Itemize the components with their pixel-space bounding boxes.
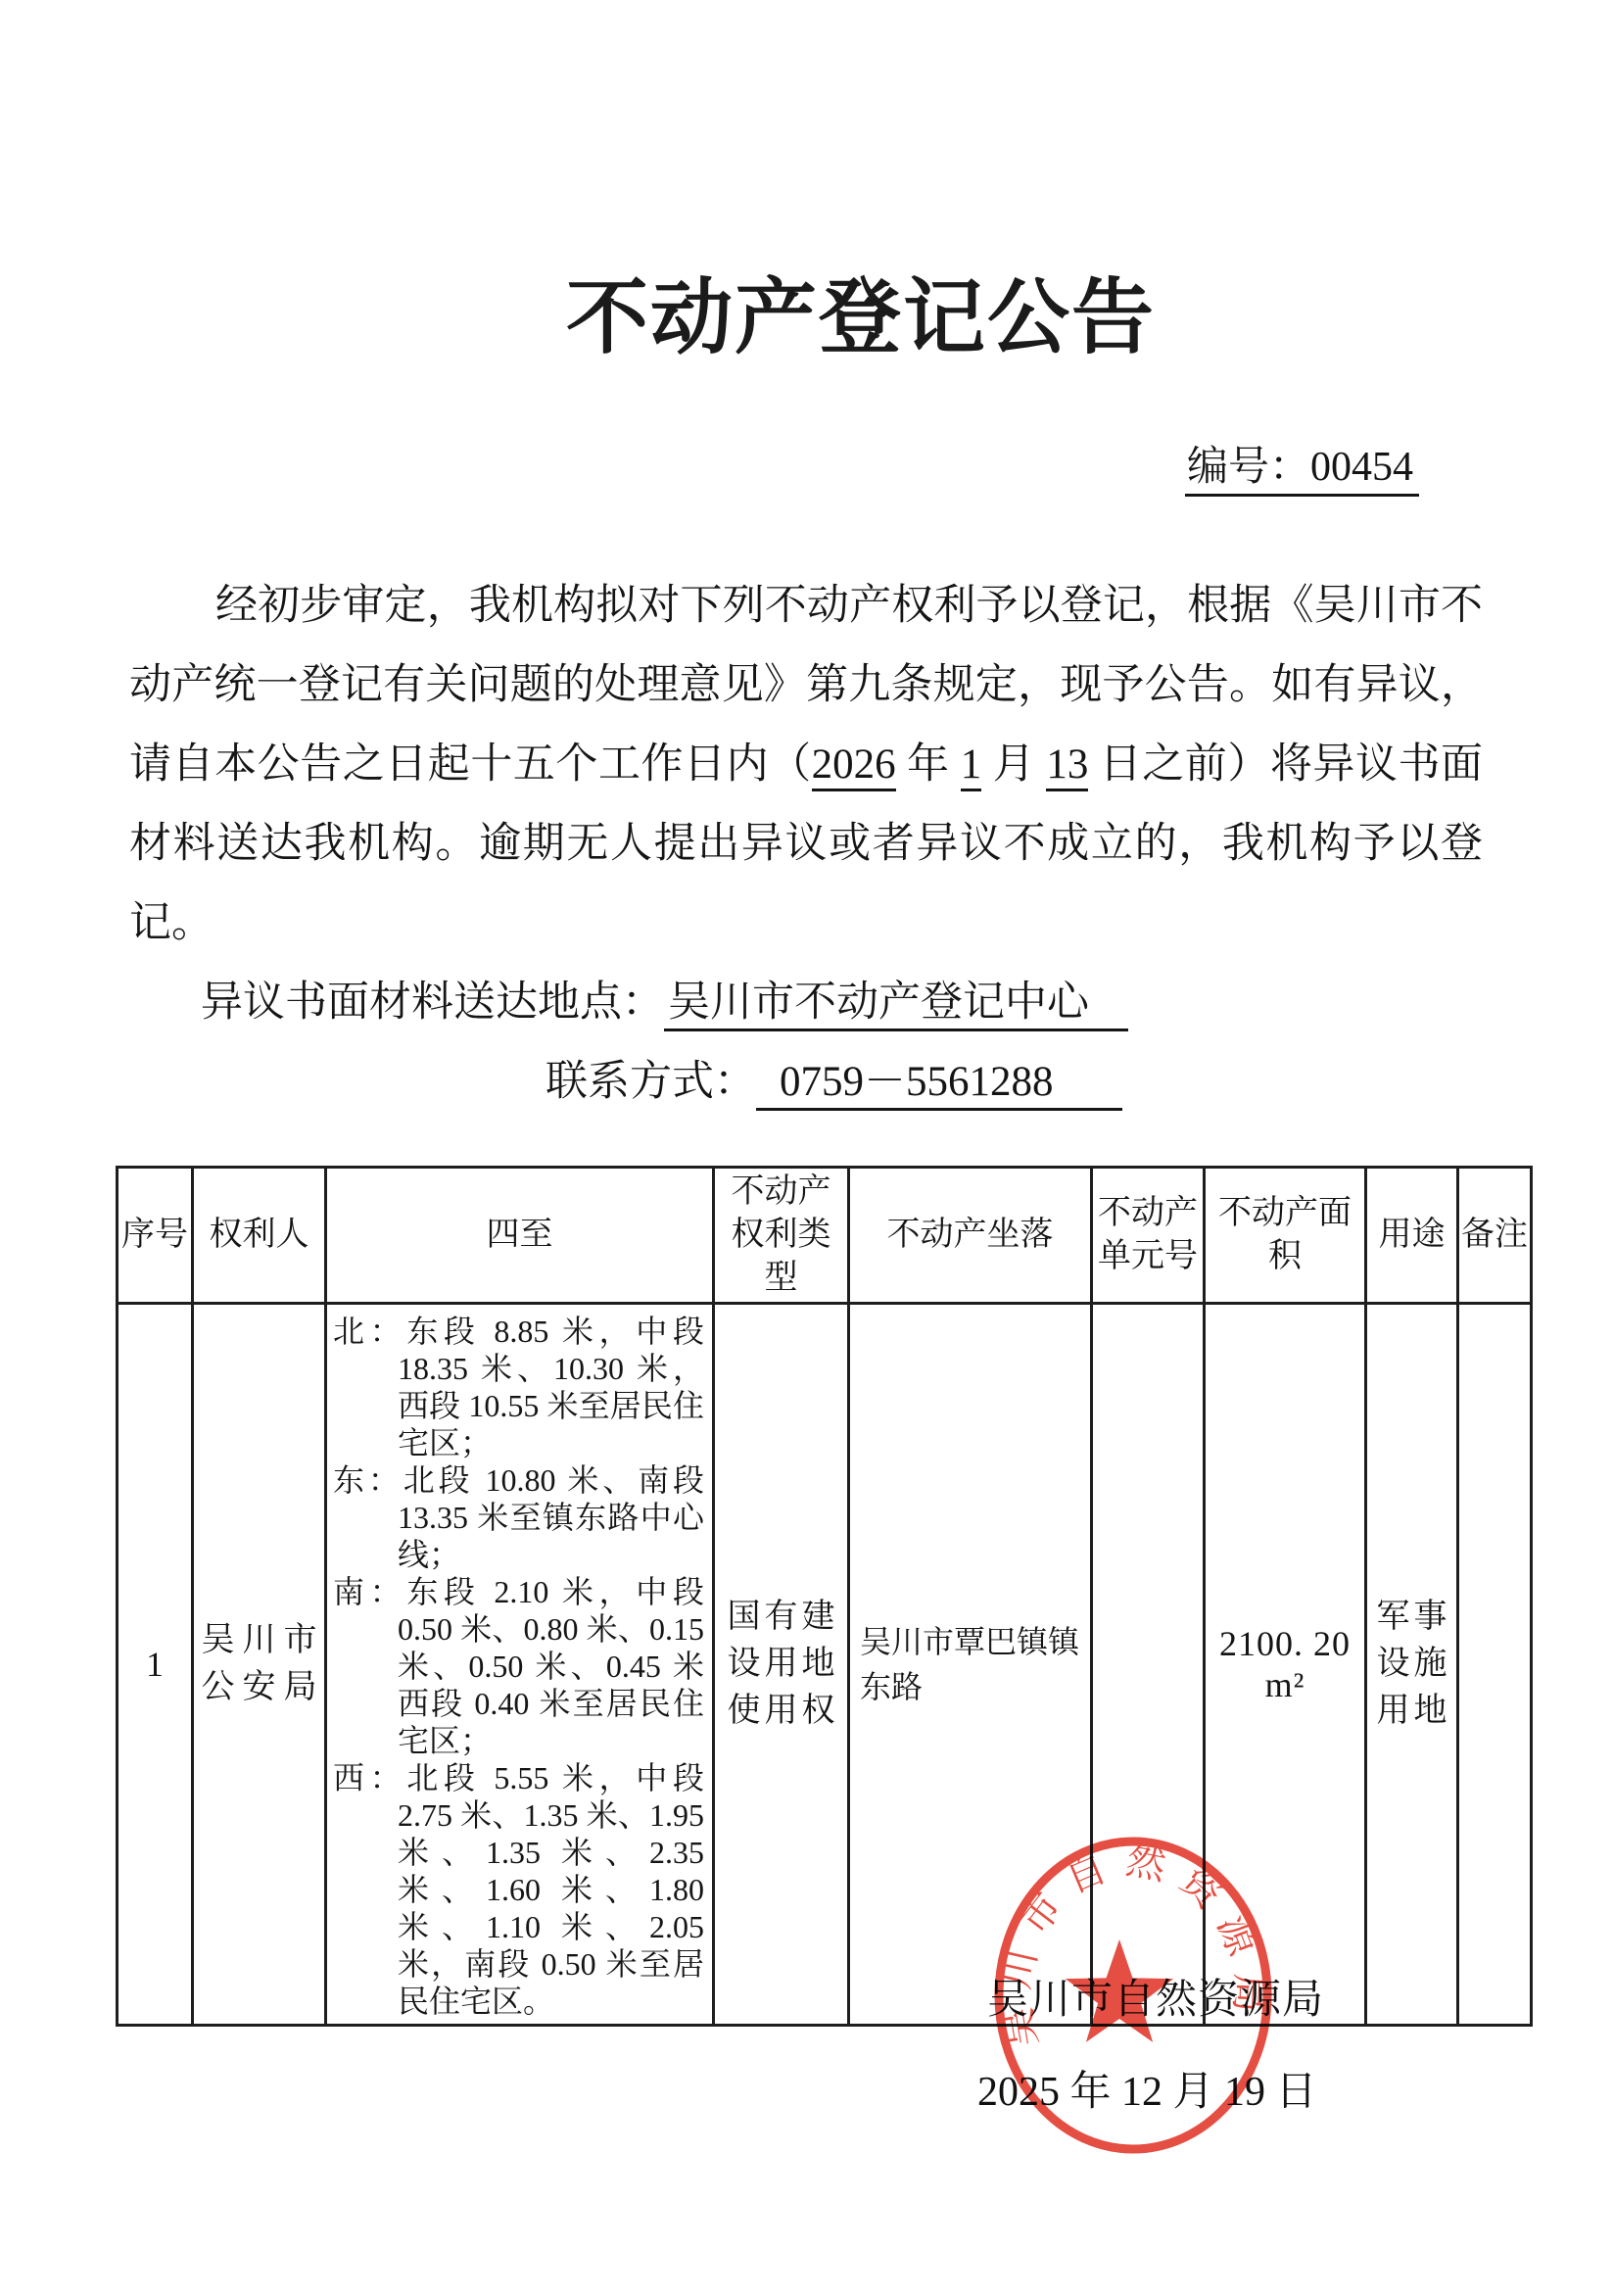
- cell-remark: [1458, 1304, 1532, 2026]
- doc-number: 编号：00454: [1185, 443, 1419, 497]
- boundary-south: 南：东段 2.10 米，中段 0.50 米、0.80 米、0.15 米、0.50…: [333, 1573, 704, 1759]
- boundary-west-text: 北段 5.55 米，中段 2.75 米、1.35 米、1.95 米、1.35 米…: [398, 1760, 704, 2019]
- boundary-west: 西：北段 5.55 米，中段 2.75 米、1.35 米、1.95 米、1.35…: [333, 1759, 704, 2020]
- boundary-south-label: 南：: [333, 1574, 406, 1609]
- issue-date: 2025 年 12 月 19 日: [977, 2059, 1317, 2118]
- boundary-south-text: 东段 2.10 米，中段 0.50 米、0.80 米、0.15 米、0.50 米…: [398, 1574, 704, 1758]
- land-usage: 军事设施用地: [1377, 1594, 1447, 1735]
- boundary-west-label: 西：: [333, 1760, 406, 1795]
- contact-value: 0759－5561288: [756, 1059, 1122, 1111]
- boundary-east-label: 东：: [333, 1462, 403, 1498]
- boundary-east-text: 北段 10.80 米、南段 13.35 米至镇东路中心线；: [398, 1462, 704, 1572]
- main-paragraph: 经初步审定，我机构拟对下列不动产权利予以登记，根据《吴川市不动产统一登记有关问题…: [129, 566, 1483, 963]
- contact-line: 联系方式：0759－5561288: [546, 1042, 1483, 1122]
- cell-right-type: 国有建设用地使用权: [714, 1304, 849, 2026]
- property-location: 吴川市覃巴镇镇东路: [860, 1619, 1080, 1709]
- deadline-month: 1: [961, 741, 982, 791]
- delivery-address-label: 异议书面材料送达地点：: [201, 980, 664, 1026]
- month-unit: 月: [981, 741, 1046, 788]
- right-type: 国有建设用地使用权: [728, 1594, 835, 1735]
- cell-boundaries: 北：东段 8.85 米，中段 18.35 米、10.30 米，西段 10.55 …: [326, 1304, 714, 2026]
- year-unit: 年: [896, 741, 961, 788]
- table-header-row: 序号 权利人 四至 不动产权利类型 不动产坐落 不动产单元号 不动产面积 用途 …: [118, 1168, 1532, 1304]
- header-remark: 备注: [1458, 1168, 1532, 1304]
- header-location: 不动产坐落: [849, 1168, 1092, 1304]
- issuing-authority: 吴川市自然资源局: [987, 1967, 1324, 2026]
- property-area: 2100. 20 m²: [1219, 1624, 1351, 1704]
- delivery-address-line: 异议书面材料送达地点：吴川市不动产登记中心: [201, 963, 1483, 1042]
- cell-area: 2100. 20 m²: [1205, 1304, 1366, 2026]
- cell-owner: 吴川市公安局: [193, 1304, 326, 2026]
- page-title: 不动产登记公告: [566, 276, 1156, 359]
- header-boundaries: 四至: [326, 1168, 714, 1304]
- deadline-day: 13: [1046, 741, 1088, 791]
- registration-table: 序号 权利人 四至 不动产权利类型 不动产坐落 不动产单元号 不动产面积 用途 …: [116, 1166, 1533, 2027]
- cell-unit-no: [1092, 1304, 1205, 2026]
- header-owner: 权利人: [193, 1168, 326, 1304]
- header-right-type: 不动产权利类型: [714, 1168, 849, 1304]
- announcement-body: 经初步审定，我机构拟对下列不动产权利予以登记，根据《吴川市不动产统一登记有关问题…: [129, 566, 1483, 1122]
- table-row: 1 吴川市公安局 北：东段 8.85 米，中段 18.35 米、10.30 米，…: [118, 1304, 1532, 2026]
- delivery-address-value: 吴川市不动产登记中心: [664, 980, 1128, 1031]
- boundary-north: 北：东段 8.85 米，中段 18.35 米、10.30 米，西段 10.55 …: [333, 1313, 704, 1461]
- header-area: 不动产面积: [1205, 1168, 1366, 1304]
- boundary-north-text: 东段 8.85 米，中段 18.35 米、10.30 米，西段 10.55 米至…: [398, 1314, 704, 1460]
- owner-name: 吴川市公安局: [202, 1617, 317, 1711]
- header-unit-no: 不动产单元号: [1092, 1168, 1205, 1304]
- header-seq: 序号: [118, 1168, 193, 1304]
- cell-usage: 军事设施用地: [1366, 1304, 1458, 2026]
- announcement-page: 不动产登记公告 编号：00454 经初步审定，我机构拟对下列不动产权利予以登记，…: [0, 0, 1613, 2296]
- boundary-east: 东：北段 10.80 米、南段 13.35 米至镇东路中心线；: [333, 1461, 704, 1573]
- header-usage: 用途: [1366, 1168, 1458, 1304]
- boundary-north-label: 北：: [333, 1314, 406, 1349]
- cell-location: 吴川市覃巴镇镇东路: [849, 1304, 1092, 2026]
- cell-seq: 1: [118, 1304, 193, 2026]
- deadline-year: 2026: [812, 741, 896, 791]
- contact-label: 联系方式：: [546, 1059, 756, 1105]
